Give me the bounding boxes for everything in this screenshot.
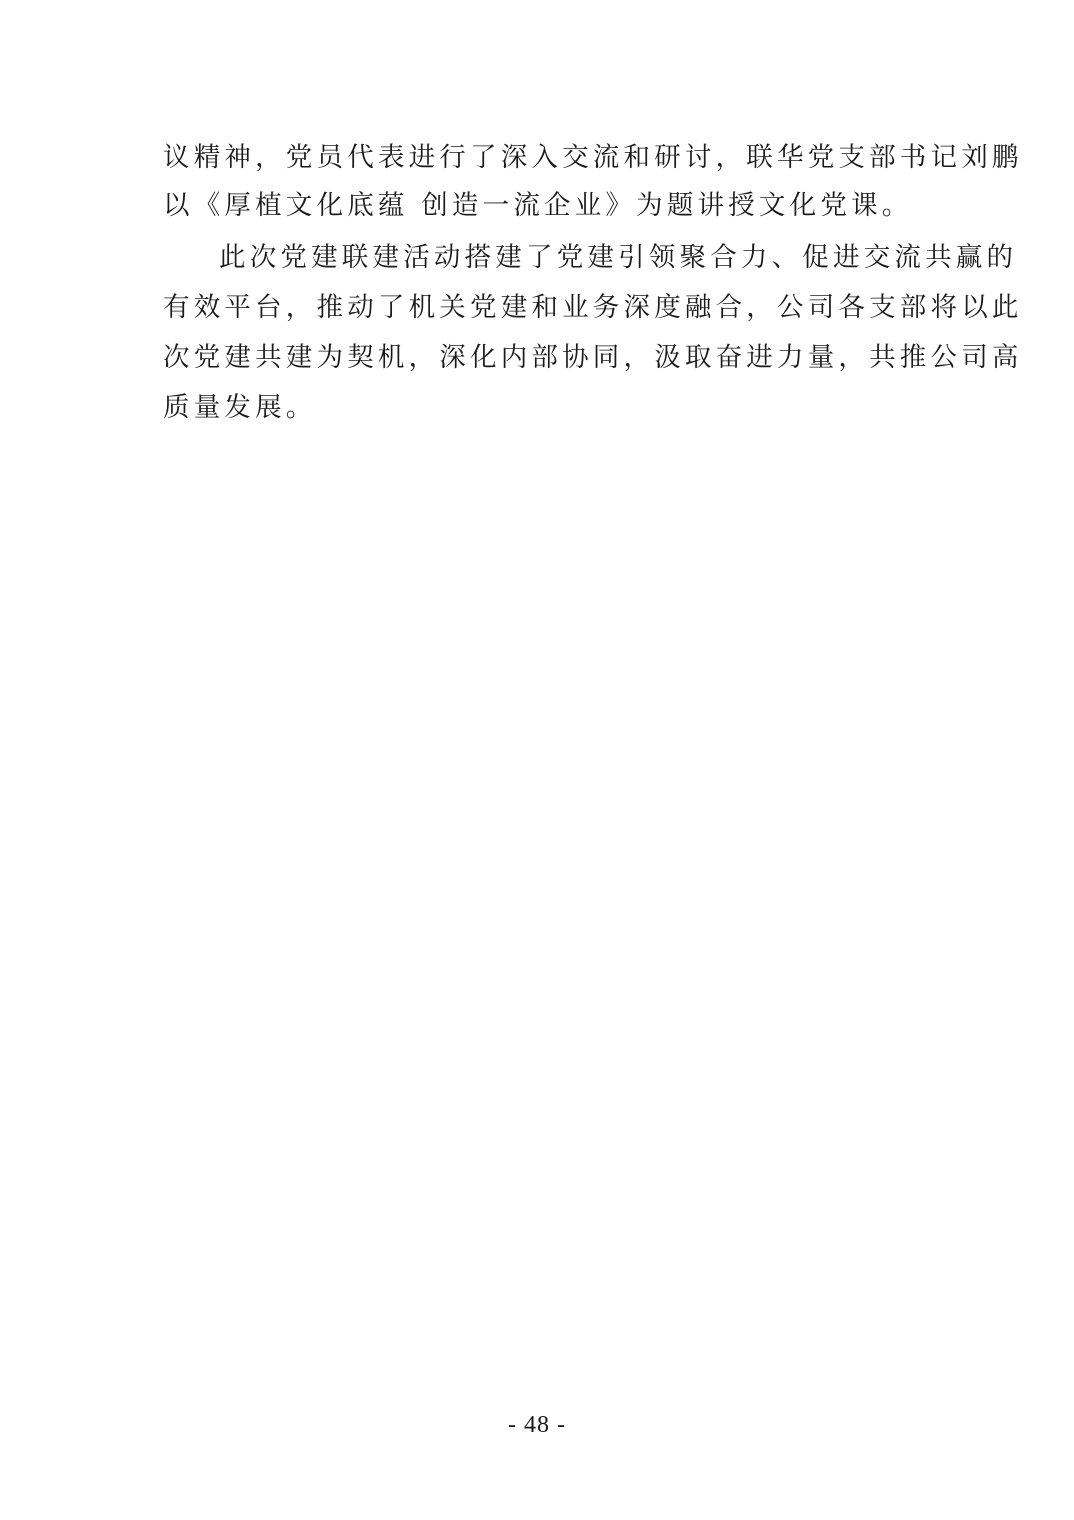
paragraph-2-line-2: 有效平台，推动了机关党建和业务深度融合，公司各支部将以此 bbox=[163, 288, 1023, 328]
paragraph-2-line-4: 质量发展。 bbox=[163, 388, 317, 428]
paragraph-1-line-2: 以《厚植文化底蕴 创造一流企业》为题讲授文化党课。 bbox=[163, 186, 912, 226]
paragraph-2-line-3: 次党建共建为契机，深化内部协同，汲取奋进力量，共推公司高 bbox=[163, 338, 1023, 378]
paragraph-2-line-1: 此次党建联建活动搭建了党建引领聚合力、促进交流共赢的 bbox=[219, 238, 1017, 278]
page-number: - 48 - bbox=[0, 1412, 1074, 1439]
document-page: 议精神，党员代表进行了深入交流和研讨，联华党支部书记刘鹏 以《厚植文化底蕴 创造… bbox=[0, 0, 1074, 1520]
paragraph-1-line-1: 议精神，党员代表进行了深入交流和研讨，联华党支部书记刘鹏 bbox=[163, 138, 1023, 178]
